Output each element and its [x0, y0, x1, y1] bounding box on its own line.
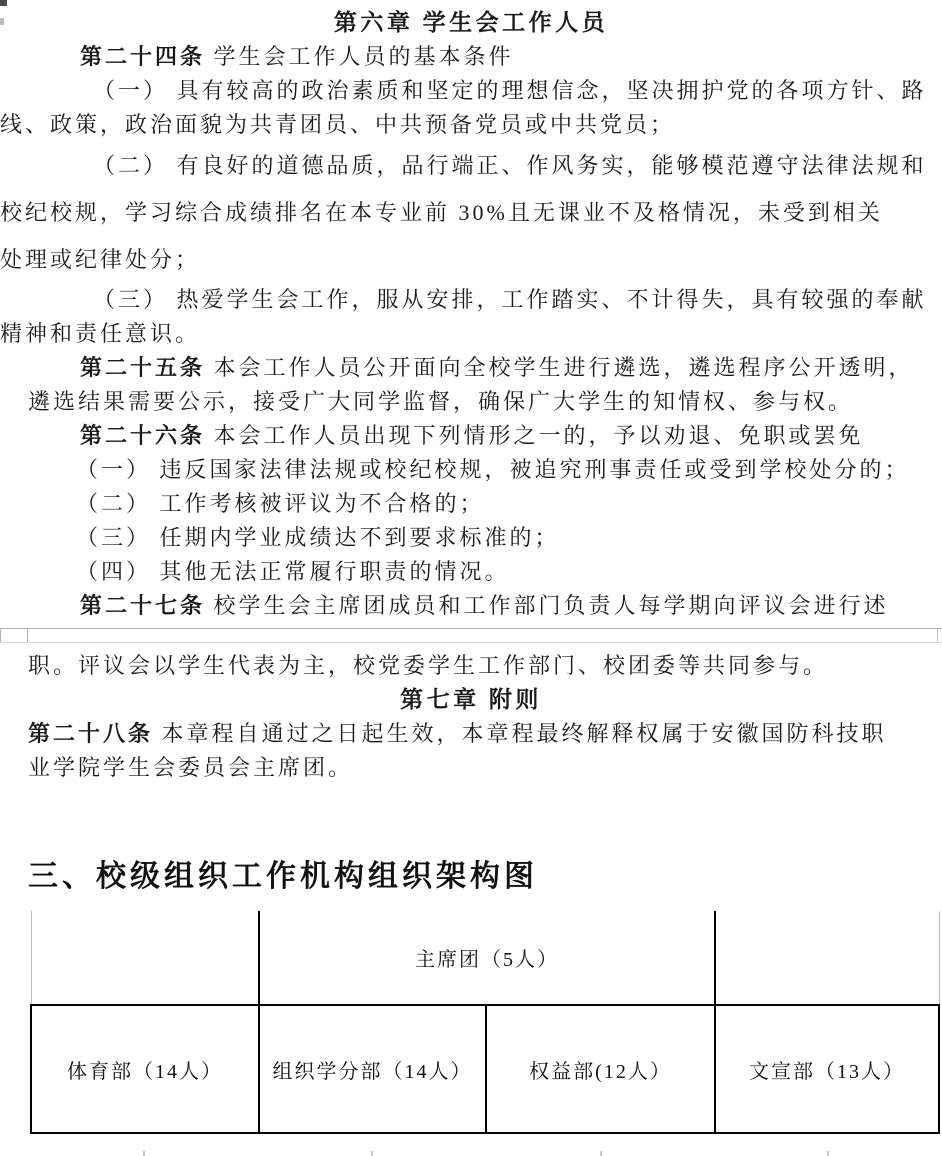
org-cell-presidium: 主席团（5人）: [259, 911, 715, 1005]
doc-line: 第七章 附则: [0, 683, 942, 717]
doc-line: 第二十六条 本会工作人员出现下列情形之一的，予以劝退、免职或罢免: [0, 419, 942, 453]
article-number: 第二十七条: [80, 593, 205, 618]
org-cell-publicity-dept: 文宣部（13人）: [715, 1005, 939, 1133]
doc-line: 职。评议会以学生代表为主，校党委学生工作部门、校团委等共同参与。: [0, 649, 942, 683]
doc-line: （一） 违反国家法律法规或校纪校规，被追究刑事责任或受到学校处分的；: [0, 453, 942, 487]
doc-line: 遴选结果需要公示，接受广大同学监督，确保广大学生的知情权、参与权。: [0, 385, 942, 419]
org-empty-cell-left: [31, 911, 259, 1005]
doc-line: （二） 有良好的道德品质，品行端正、作风务实，能够模范遵守法律法规和: [0, 142, 942, 189]
page-break-boundary: [0, 623, 942, 643]
page-break-line: [0, 642, 942, 643]
page-break-line: [0, 628, 942, 629]
org-chart-table: 主席团（5人） 体育部（14人） 组织学分部（14人） 权益部(12人） 文宣部…: [30, 911, 940, 1134]
doc-line: 处理或纪律处分；: [0, 236, 942, 283]
document-page[interactable]: 第六章 学生会工作人员第二十四条 学生会工作人员的基本条件（一） 具有较高的政治…: [0, 0, 942, 1156]
doc-line: 第二十八条 本章程自通过之日起生效，本章程最终解释权属于安徽国防科技职: [0, 717, 942, 751]
article-number: 第二十八条: [28, 721, 153, 746]
crop-artifact: [0, 0, 7, 6]
org-empty-cell-right: [715, 911, 939, 1005]
page-margin-marker: [0, 628, 28, 643]
doc-line: （一） 具有较高的政治素质和坚定的理想信念，坚决拥护党的各项方针、路: [0, 74, 942, 108]
org-cell-rights-dept: 权益部(12人）: [486, 1005, 715, 1133]
doc-line: 精神和责任意识。: [0, 317, 942, 351]
article-number: 第二十六条: [80, 423, 205, 448]
doc-line: 业学院学生会委员会主席团。: [0, 751, 942, 785]
org-cell-organization-dept: 组织学分部（14人）: [259, 1005, 486, 1133]
document-body: 第六章 学生会工作人员第二十四条 学生会工作人员的基本条件（一） 具有较高的政治…: [0, 0, 942, 785]
doc-line: （三） 任期内学业成绩达不到要求标准的；: [0, 521, 942, 555]
doc-line: （三） 热爱学生会工作，服从安排，工作踏实、不计得失，具有较强的奉献: [0, 283, 942, 317]
article-number: 第二十五条: [80, 355, 205, 380]
doc-line: （四） 其他无法正常履行职责的情况。: [0, 555, 942, 589]
next-row-gridline-tick: [827, 1151, 829, 1156]
page-break-line: [937, 628, 938, 642]
org-cell-sports-dept: 体育部（14人）: [31, 1005, 259, 1133]
next-row-gridline-tick: [143, 1151, 145, 1156]
doc-line: 第二十七条 校学生会主席团成员和工作部门负责人每学期向评议会进行述: [0, 589, 942, 623]
doc-line: 第二十四条 学生会工作人员的基本条件: [0, 40, 942, 74]
next-row-gridline-tick: [371, 1151, 373, 1156]
crop-artifact: [0, 18, 4, 25]
doc-line: 线、政策，政治面貌为共青团员、中共预备党员或中共党员；: [0, 108, 942, 142]
doc-line: 校纪校规，学习综合成绩排名在本专业前 30%且无课业不及格情况，未受到相关: [0, 189, 942, 236]
section-heading: 三、校级组织工作机构组织架构图: [28, 855, 942, 899]
doc-line: 第六章 学生会工作人员: [0, 6, 942, 40]
doc-line: 第二十五条 本会工作人员公开面向全校学生进行遴选，遴选程序公开透明，: [0, 351, 942, 385]
next-row-gridline-tick: [600, 1151, 602, 1156]
article-number: 第二十四条: [80, 44, 205, 69]
doc-line: （二） 工作考核被评议为不合格的；: [0, 487, 942, 521]
